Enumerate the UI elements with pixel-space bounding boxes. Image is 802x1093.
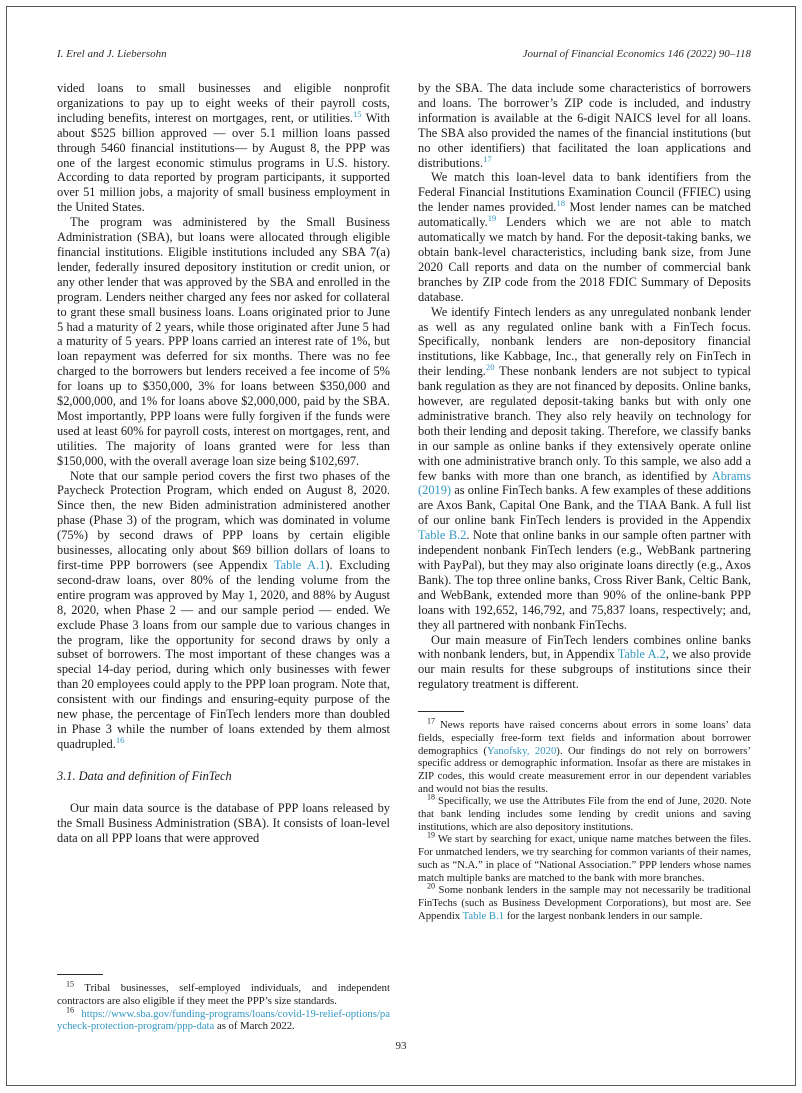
text-run: by the SBA. The data include some charac…: [418, 81, 751, 170]
page: I. Erel and J. Liebersohn Journal of Fin…: [6, 6, 796, 1086]
left-column-footnotes: 15 Tribal businesses, self-employed indi…: [57, 974, 390, 1045]
footnote: 16 https://www.sba.gov/funding-programs/…: [57, 1008, 390, 1033]
text-run: Specifically, we use the Attributes File…: [418, 795, 751, 832]
yanofsky-2020-citation-link[interactable]: Yanofsky, 2020: [487, 745, 556, 757]
text-run: vided loans to small businesses and elig…: [57, 81, 390, 125]
paragraph: by the SBA. The data include some charac…: [418, 81, 751, 170]
text-run: as of March 2022.: [214, 1020, 294, 1032]
running-authors: I. Erel and J. Liebersohn: [57, 48, 167, 60]
footnote-ref-17[interactable]: 17: [483, 153, 492, 163]
footnote-marker-17: 17: [427, 717, 435, 726]
page-number: 93: [7, 1040, 795, 1052]
footnote-marker-15: 15: [66, 980, 74, 989]
text-run: With about $525 billion approved — over …: [57, 111, 390, 214]
footnote: 18 Specifically, we use the Attributes F…: [418, 795, 751, 833]
footnote-marker-18: 18: [427, 793, 435, 802]
text-run: Note that our sample period covers the f…: [57, 469, 390, 572]
text-run: We start by searching for exact, unique …: [418, 833, 751, 883]
paragraph: Our main measure of FinTech lenders comb…: [418, 633, 751, 693]
footnote: 19 We start by searching for exact, uniq…: [418, 833, 751, 884]
paragraph: Note that our sample period covers the f…: [57, 469, 390, 752]
text-run: These nonbank lenders are not subject to…: [418, 364, 751, 482]
running-journal: Journal of Financial Economics 146 (2022…: [523, 48, 751, 60]
table-a1-link[interactable]: Table A.1: [274, 558, 325, 572]
left-column-text: vided loans to small businesses and elig…: [57, 81, 390, 845]
paragraph: The program was administered by the Smal…: [57, 215, 390, 468]
footnote: 15 Tribal businesses, self-employed indi…: [57, 982, 390, 1007]
text-run: Our main data source is the database of …: [57, 801, 390, 845]
table-a2-link[interactable]: Table A.2: [618, 647, 666, 661]
footnote-marker-20: 20: [427, 882, 435, 891]
footnote-ref-15[interactable]: 15: [353, 109, 362, 119]
text-run: The program was administered by the Smal…: [57, 215, 390, 468]
right-column-text: by the SBA. The data include some charac…: [418, 81, 751, 692]
table-b1-link[interactable]: Table B.1: [463, 910, 504, 922]
footnote-ref-18[interactable]: 18: [556, 198, 565, 208]
two-column-body: vided loans to small businesses and elig…: [57, 81, 751, 1045]
table-b2-link[interactable]: Table B.2: [418, 528, 466, 542]
text-run: ). Excluding second-draw loans, over 80%…: [57, 558, 390, 751]
footnote-marker-16: 16: [66, 1005, 74, 1014]
text-run: as online FinTech banks. A few examples …: [418, 483, 751, 527]
paragraph: We match this loan-level data to bank id…: [418, 170, 751, 304]
left-column: vided loans to small businesses and elig…: [57, 81, 390, 1045]
page-header: I. Erel and J. Liebersohn Journal of Fin…: [57, 48, 751, 60]
text-run: . Note that online banks in our sample o…: [418, 528, 751, 631]
footnote-ref-16[interactable]: 16: [116, 735, 125, 745]
footnote: 17 News reports have raised concerns abo…: [418, 719, 751, 795]
right-column-footnotes: 17 News reports have raised concerns abo…: [418, 711, 751, 934]
paragraph: vided loans to small businesses and elig…: [57, 81, 390, 215]
footnote: 20 Some nonbank lenders in the sample ma…: [418, 884, 751, 922]
footnote-marker-19: 19: [427, 831, 435, 840]
section-heading: 3.1. Data and definition of FinTech: [57, 769, 390, 784]
right-column: by the SBA. The data include some charac…: [418, 81, 751, 1045]
footnote-divider: [57, 974, 103, 975]
paragraph: We identify Fintech lenders as any unreg…: [418, 305, 751, 633]
text-run: Tribal businesses, self-employed individ…: [57, 982, 390, 1007]
footnote-divider: [418, 711, 464, 712]
text-run: for the largest nonbank lenders in our s…: [504, 910, 702, 922]
paragraph: Our main data source is the database of …: [57, 801, 390, 846]
